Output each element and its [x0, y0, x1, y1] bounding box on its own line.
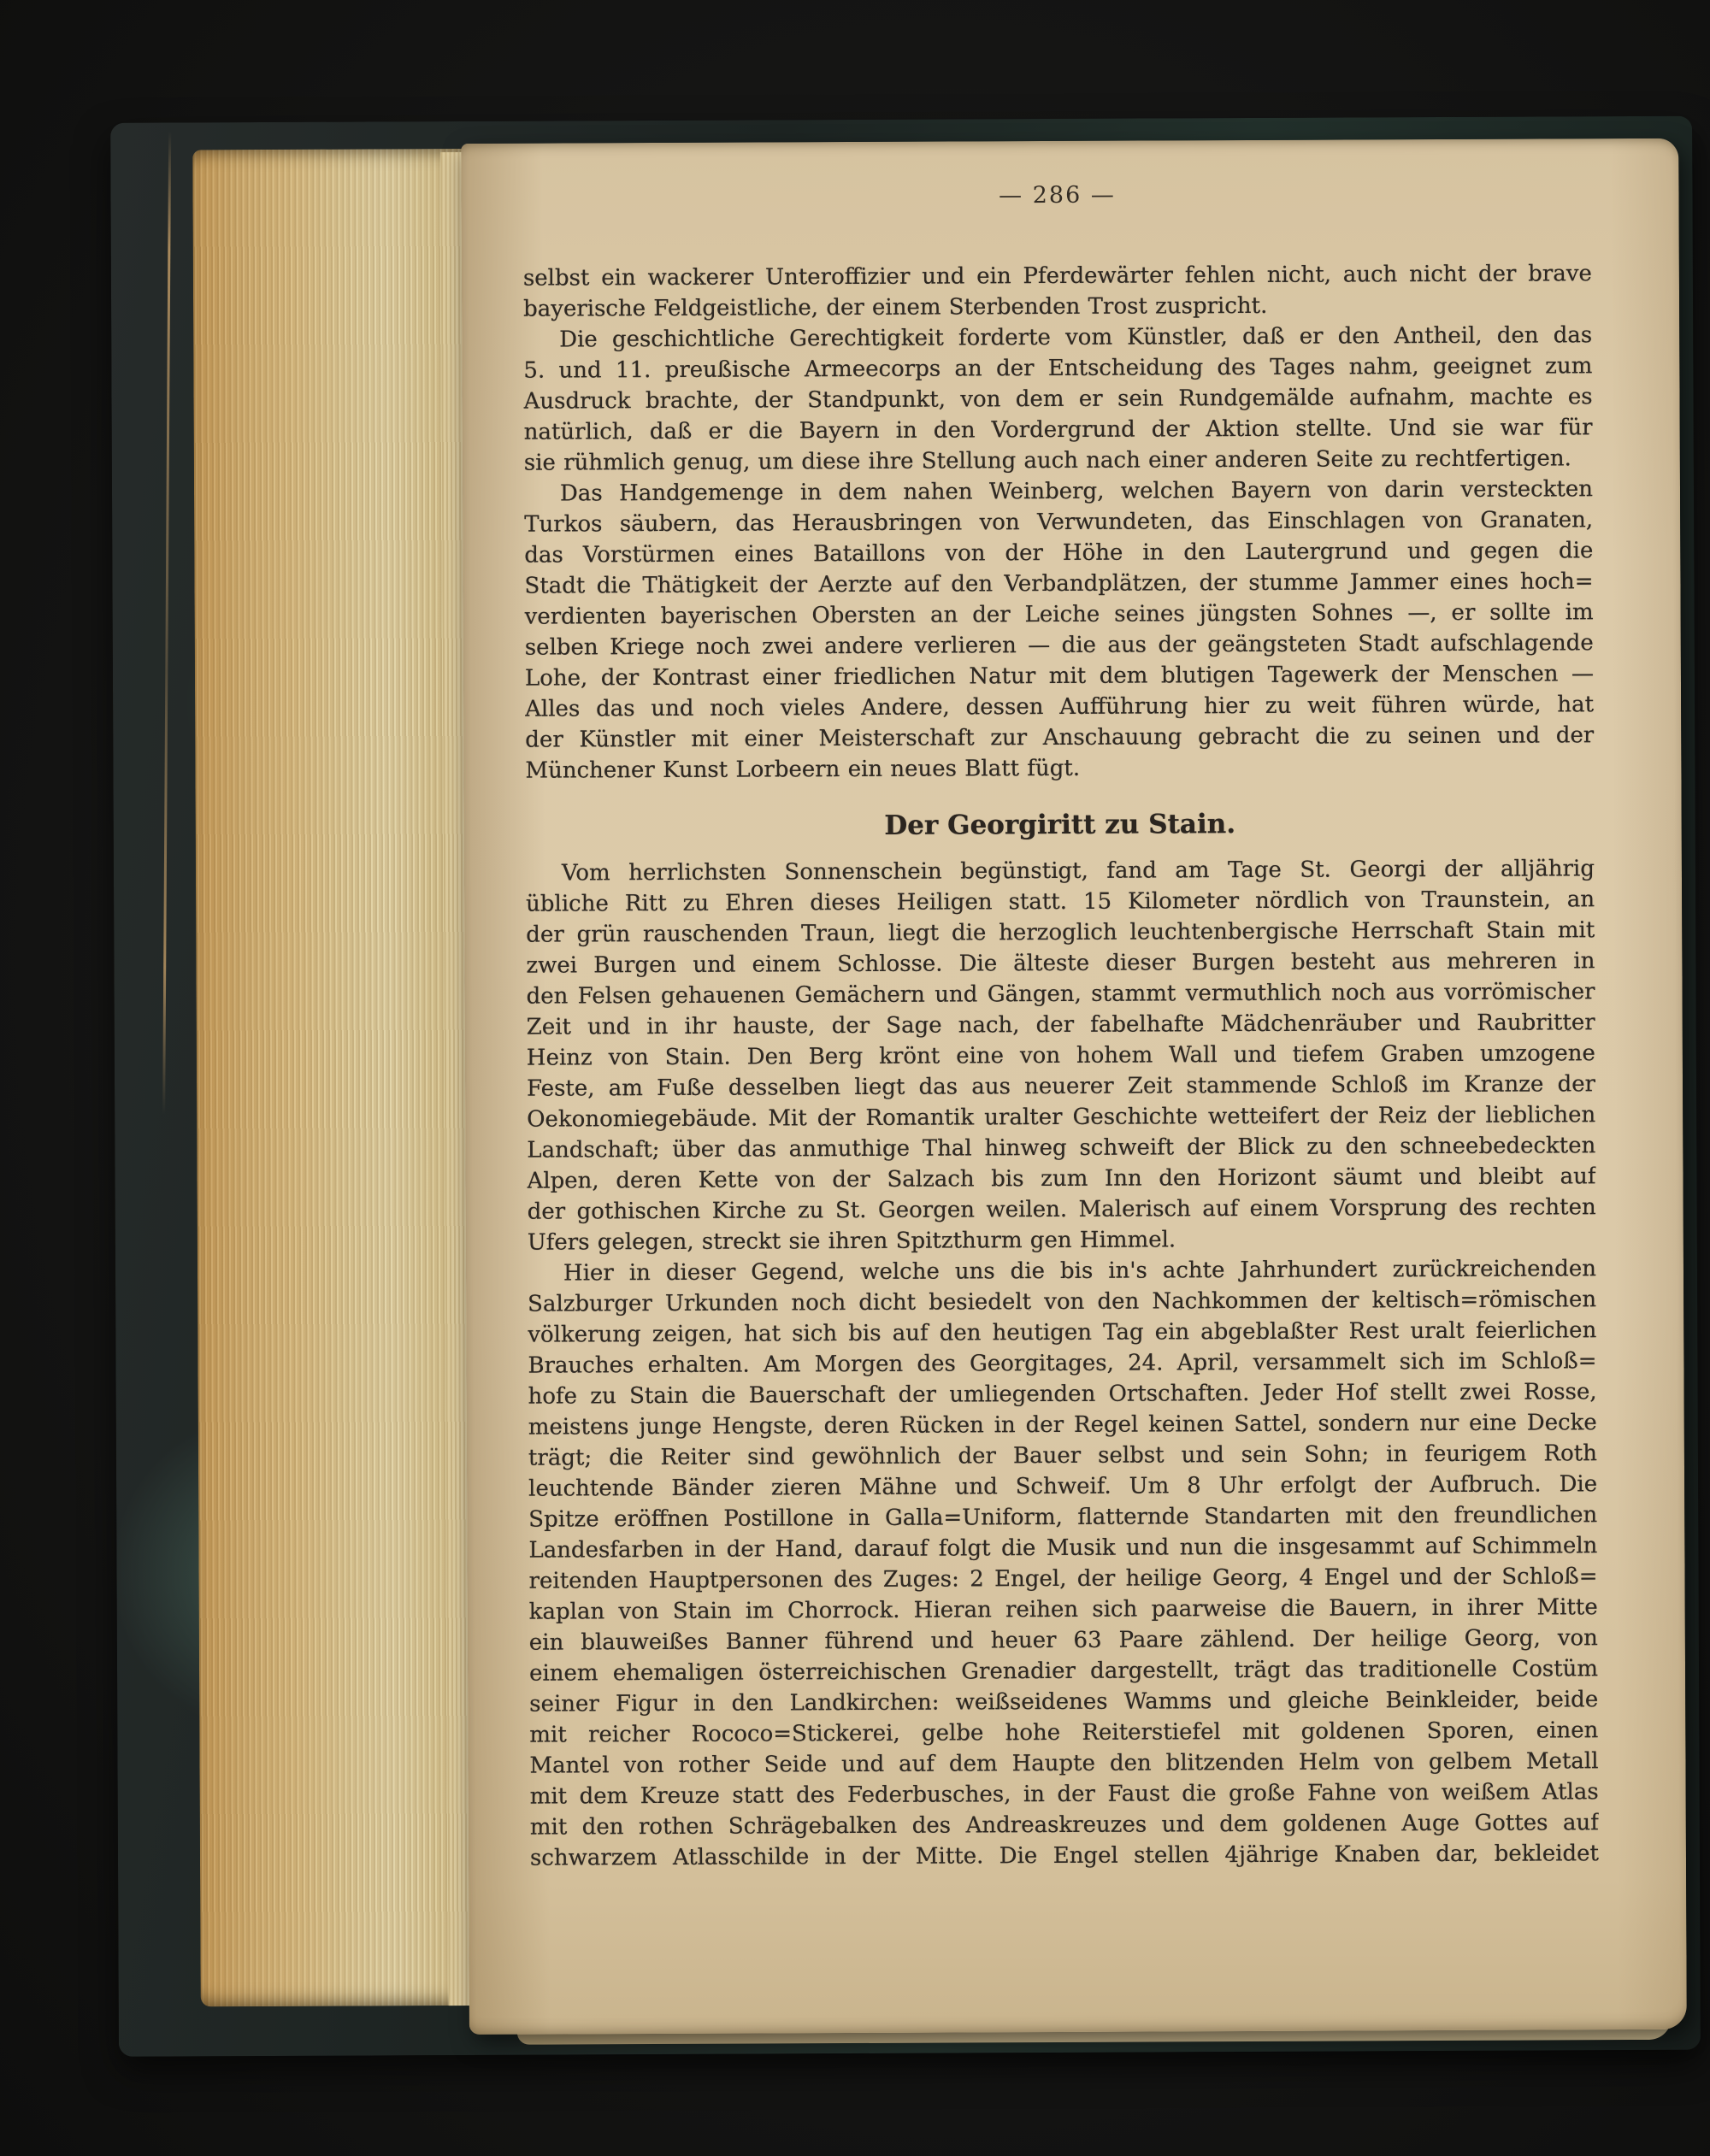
text-line: Hier in dieser Gegend, welche uns die bi…: [528, 1253, 1596, 1288]
paragraph: Vom herrlichsten Sonnenschein begünstigt…: [526, 853, 1596, 1258]
text-line: kaplan von Stain im Chorrock. Hieran rei…: [529, 1592, 1598, 1627]
text-line: den Felsen gehauenen Gemächern und Gänge…: [527, 976, 1595, 1011]
text-line: Mantel von rother Seide und auf dem Haup…: [529, 1746, 1598, 1781]
paragraph: Hier in dieser Gegend, welche uns die bi…: [528, 1253, 1599, 1873]
text-line: völkerung zeigen, hat sich bis auf den h…: [528, 1315, 1596, 1350]
text-line: Die geschichtliche Gerechtigkeit fordert…: [523, 320, 1592, 355]
text-line: Feste, am Fuße desselben liegt das aus n…: [527, 1069, 1595, 1104]
book-page: — 286 — selbst ein wackerer Unteroffizie…: [461, 138, 1687, 2035]
text-line: seiner Figur in den Landkirchen: weißsei…: [529, 1684, 1598, 1719]
text-line: Ufers gelegen, streckt sie ihren Spitzth…: [528, 1222, 1596, 1258]
text-line: reitenden Hauptpersonen des Zuges: 2 Eng…: [528, 1561, 1597, 1596]
text-line: Landesfarben in der Hand, darauf folgt d…: [528, 1530, 1597, 1565]
text-line: der grün rauschenden Traun, liegt die he…: [526, 915, 1595, 950]
text-line: einem ehemaligen österreichischen Grenad…: [529, 1653, 1598, 1688]
text-line: Zeit und in ihr hauste, der Sage nach, d…: [527, 1007, 1595, 1042]
text-line: Alpen, deren Kette von der Salzach bis z…: [527, 1161, 1595, 1196]
text-line: Oekonomiegebäude. Mit der Romantik uralt…: [527, 1099, 1595, 1134]
section-heading: Der Georgiritt zu Stain.: [526, 805, 1595, 844]
text-line: verdienten bayerischen Obersten an der L…: [525, 597, 1594, 632]
text-line: Das Handgemenge in dem nahen Weinberg, w…: [524, 474, 1593, 509]
text-line: Ausdruck brachte, der Standpunkt, von de…: [523, 381, 1592, 416]
text-line: leuchtende Bänder zieren Mähne und Schwe…: [528, 1469, 1597, 1504]
text-line: Vom herrlichsten Sonnenschein begünstigt…: [526, 853, 1595, 888]
text-line: zwei Burgen und einem Schlosse. Die älte…: [526, 945, 1595, 981]
page-text-area: — 286 — selbst ein wackerer Unteroffizie…: [461, 138, 1686, 1874]
text-line: Münchener Kunst Lorbeern ein neues Blatt…: [525, 751, 1594, 786]
paragraph: selbst ein wackerer Unteroffizier und ei…: [523, 258, 1592, 324]
page-stack-fore-edge: [192, 149, 484, 2006]
paragraph: Die geschichtliche Gerechtigkeit fordert…: [523, 320, 1593, 478]
text-line: Spitze eröffnen Postillone in Galla=Unif…: [528, 1499, 1597, 1535]
text-line: schwarzem Atlasschilde in der Mitte. Die…: [530, 1838, 1599, 1873]
text-line: das Vorstürmen eines Bataillons von der …: [524, 535, 1593, 570]
text-line: selben Kriege noch zwei andere verlieren…: [525, 627, 1594, 663]
page-content: selbst ein wackerer Unteroffizier und ei…: [523, 258, 1599, 1873]
text-line: trägt; die Reiter sind gewöhnlich der Ba…: [528, 1438, 1597, 1473]
text-line: 5. und 11. preußische Armeecorps an der …: [523, 350, 1592, 386]
text-line: übliche Ritt zu Ehren dieses Heiligen st…: [526, 884, 1595, 919]
text-line: sie rühmlich genug, um diese ihre Stellu…: [524, 443, 1593, 478]
text-line: mit den rothen Schrägebalken des Andreas…: [530, 1807, 1599, 1842]
text-line: Landschaft; über das anmuthige Thal hinw…: [527, 1130, 1595, 1165]
text-line: Salzburger Urkunden noch dicht besiedelt…: [528, 1284, 1596, 1319]
text-line: Brauches erhalten. Am Morgen des Georgit…: [528, 1346, 1596, 1381]
text-line: natürlich, daß er die Bayern in den Vord…: [524, 412, 1593, 447]
text-line: der Künstler mit einer Meisterschaft zur…: [525, 720, 1594, 755]
text-line: bayerische Feldgeistliche, der einem Ste…: [523, 289, 1592, 324]
text-line: mit dem Kreuze statt des Federbusches, i…: [530, 1776, 1599, 1811]
text-line: ein blauweißes Banner führend und heuer …: [529, 1623, 1598, 1658]
text-line: Lohe, der Kontrast einer friedlichen Nat…: [525, 658, 1594, 693]
text-line: Heinz von Stain. Den Berg krönt eine von…: [527, 1038, 1595, 1073]
text-line: der gothischen Kirche zu St. Georgen wei…: [528, 1192, 1596, 1227]
page-number: — 286 —: [522, 178, 1591, 213]
text-line: Turkos säubern, das Herausbringen von Ve…: [524, 504, 1593, 539]
text-line: Stadt die Thätigkeit der Aerzte auf den …: [524, 566, 1593, 601]
text-line: meistens junge Hengste, deren Rücken in …: [528, 1407, 1597, 1442]
scanned-book-photo: — 286 — selbst ein wackerer Unteroffizie…: [0, 0, 1710, 2156]
text-line: selbst ein wackerer Unteroffizier und ei…: [523, 258, 1592, 293]
text-line: mit reicher Rococo=Stickerei, gelbe hohe…: [529, 1715, 1598, 1750]
text-line: Alles das und noch vieles Andere, dessen…: [525, 689, 1594, 724]
open-book: — 286 — selbst ein wackerer Unteroffizie…: [0, 0, 1710, 2156]
paragraph: Das Handgemenge in dem nahen Weinberg, w…: [524, 474, 1595, 786]
text-line: hofe zu Stain die Bauerschaft der umlieg…: [528, 1376, 1597, 1411]
